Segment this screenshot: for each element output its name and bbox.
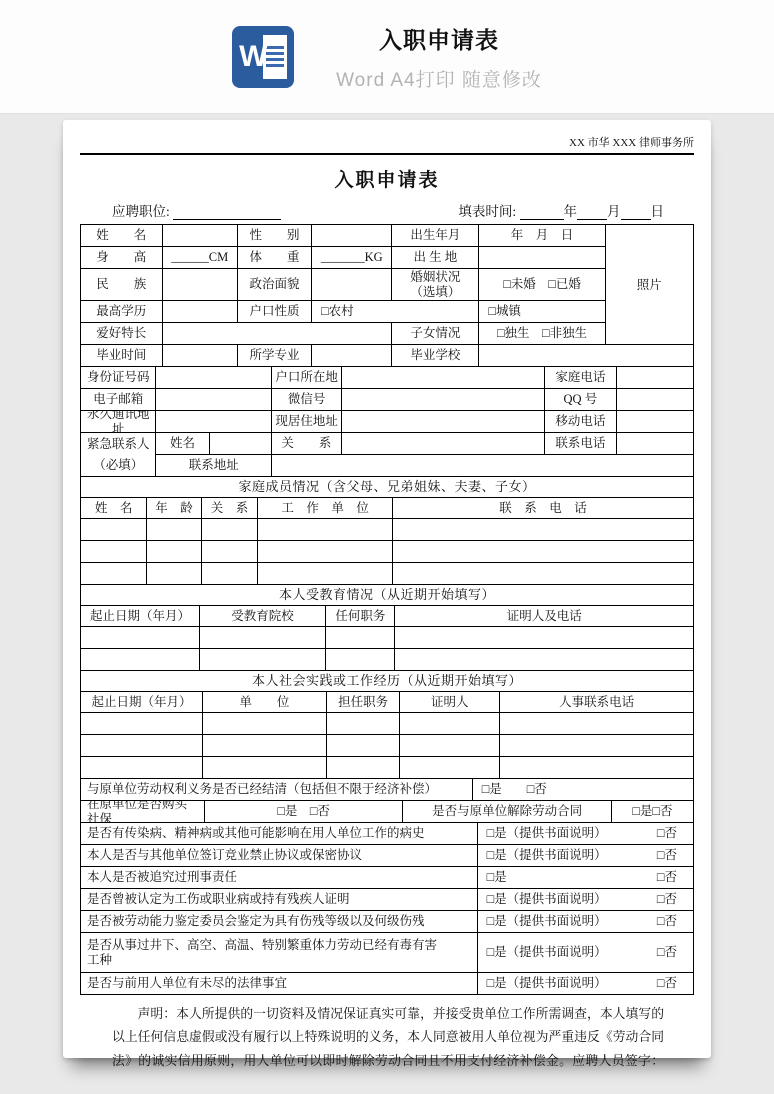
question-medical-history: 是否有传染病、精神病或其他可能影响在用人单位工作的病史 <box>81 823 478 845</box>
emergency-contact-label: 紧急联系人 <box>81 433 156 455</box>
question-work-injury: 是否曾被认定为工伤或职业病或持有残疾人证明 <box>81 889 478 911</box>
edu-row-cell[interactable] <box>326 649 395 671</box>
family-row-cell[interactable] <box>147 541 202 563</box>
position-field: 应聘职位: <box>112 200 281 220</box>
household-location-label: 户口所在地 <box>272 367 342 389</box>
edu-position-header: 任何职务 <box>326 606 395 627</box>
work-hr-phone-header: 人事联系电话 <box>500 692 694 713</box>
edu-row-cell[interactable] <box>200 649 326 671</box>
work-row-cell[interactable] <box>203 735 327 757</box>
date-year-label: 年 <box>564 204 578 219</box>
work-row-cell[interactable] <box>327 713 401 735</box>
family-row-cell[interactable] <box>147 563 202 585</box>
email-label: 电子邮箱 <box>81 389 156 411</box>
form-table: 姓 名性 别出生年月年 月 日身 高______CM体 重_______KG出 … <box>80 224 694 995</box>
work-row-cell[interactable] <box>81 757 203 779</box>
emergency-phone-label: 联系电话 <box>545 433 617 455</box>
family-age-header: 年 龄 <box>147 498 202 519</box>
position-input-line[interactable] <box>173 206 281 220</box>
education-section-header: 本人受教育情况（从近期开始填写） <box>81 585 694 606</box>
photo-area[interactable] <box>606 301 694 323</box>
email-value[interactable] <box>156 389 272 411</box>
birthdate-format: 年 月 日 <box>479 225 605 247</box>
weight-value[interactable]: _______KG <box>312 247 392 269</box>
question-settled-with-previous-employer: 与原单位劳动权利义务是否已经结清（包括但不限于经济补偿） <box>81 779 473 801</box>
answer-contract-terminated-options[interactable]: □是□否 <box>612 801 694 823</box>
question-hazardous-work: 是否从事过井下、高空、高温、特别繁重体力劳动已经有毒有害 工种 <box>81 933 478 973</box>
family-row-cell[interactable] <box>81 519 147 541</box>
work-dates-header: 起止日期（年月） <box>81 692 203 713</box>
name-label: 姓 名 <box>81 225 163 247</box>
height-value[interactable]: ______CM <box>163 247 238 269</box>
family-row-cell[interactable] <box>258 563 393 585</box>
work-row-cell[interactable] <box>400 713 500 735</box>
photo-area[interactable] <box>606 247 694 269</box>
edu-reference-header: 证明人及电话 <box>395 606 694 627</box>
hobbies-label: 爱好特长 <box>81 323 163 345</box>
school-label: 毕业学校 <box>392 345 479 367</box>
education-level-value[interactable] <box>163 301 238 323</box>
children-status-label: 子女情况 <box>392 323 479 345</box>
emergency-phone-value[interactable] <box>617 433 694 455</box>
edu-row-cell[interactable] <box>81 627 200 649</box>
question-pending-legal-matters: 是否与前用人单位有未尽的法律事宜 <box>81 973 478 995</box>
date-day-label: 日 <box>651 204 665 219</box>
answer-pending-legal-matters[interactable]: □是（提供书面说明）□否 <box>478 973 694 995</box>
family-section-header: 家庭成员情况（含父母、兄弟姐妹、夫妻、子女） <box>81 477 694 498</box>
hobbies-value[interactable] <box>163 323 393 345</box>
document-area: XX 市华 XXX 律师事务所 入职申请表 应聘职位: 填表时间: 年月日 姓 … <box>0 114 774 1058</box>
emergency-name-label: 姓名 <box>156 433 209 455</box>
answer-criminal-record[interactable]: □是□否 <box>478 867 694 889</box>
height-label: 身 高 <box>81 247 163 269</box>
household-type-label: 户口性质 <box>238 301 312 323</box>
date-day-line[interactable] <box>621 206 651 220</box>
question-non-compete: 本人是否与其他单位签订竞业禁止协议或保密协议 <box>81 845 478 867</box>
work-row-cell[interactable] <box>400 757 500 779</box>
work-row-cell[interactable] <box>203 713 327 735</box>
emergency-relation-value[interactable] <box>342 433 546 455</box>
question-criminal-record: 本人是否被追究过刑事责任 <box>81 867 478 889</box>
work-row-cell[interactable] <box>81 735 203 757</box>
question-disability-grade: 是否被劳动能力鉴定委员会鉴定为具有伤残等级以及何级伤残 <box>81 911 478 933</box>
work-row-cell[interactable] <box>327 757 401 779</box>
work-row-cell[interactable] <box>203 757 327 779</box>
major-label: 所学专业 <box>238 345 312 367</box>
word-icon-letter: W <box>239 40 267 74</box>
emergency-address-label: 联系地址 <box>156 455 272 477</box>
family-row-cell[interactable] <box>393 541 694 563</box>
meta-row: 应聘职位: 填表时间: 年月日 <box>78 200 696 224</box>
edu-row-cell[interactable] <box>200 627 326 649</box>
family-row-cell[interactable] <box>202 541 258 563</box>
edu-school-header: 受教育院校 <box>200 606 326 627</box>
emergency-address-value[interactable] <box>272 455 694 477</box>
work-row-cell[interactable] <box>400 735 500 757</box>
family-row-cell[interactable] <box>81 541 147 563</box>
document-sheet: XX 市华 XXX 律师事务所 入职申请表 应聘职位: 填表时间: 年月日 姓 … <box>63 120 711 1058</box>
date-month-label: 月 <box>607 204 621 219</box>
question-social-insurance: 在原单位是否购买社保 <box>81 801 205 823</box>
work-employer-header: 单 位 <box>203 692 327 713</box>
family-phone-header: 联 系 电 话 <box>393 498 694 519</box>
firm-name: XX 市华 XXX 律师事务所 <box>78 130 696 153</box>
household-urban-option[interactable]: □城镇 <box>479 301 605 323</box>
graduation-date-value[interactable] <box>163 345 238 367</box>
ethnicity-label: 民 族 <box>81 269 163 301</box>
family-row-cell[interactable] <box>393 519 694 541</box>
id-number-label: 身份证号码 <box>81 367 156 389</box>
children-status-options[interactable]: □独生 □非独生 <box>479 323 605 345</box>
family-row-cell[interactable] <box>202 563 258 585</box>
household-location-value[interactable] <box>342 367 545 389</box>
answer-medical-history[interactable]: □是（提供书面说明）□否 <box>478 823 694 845</box>
answer-social-insurance-options[interactable]: □是 □否 <box>205 801 404 823</box>
wechat-value[interactable] <box>342 389 545 411</box>
banner-subtitle: Word A4打印 随意修改 <box>336 65 542 92</box>
home-phone-value[interactable] <box>617 367 694 389</box>
work-row-cell[interactable] <box>500 757 694 779</box>
family-row-cell[interactable] <box>81 563 147 585</box>
answer-hazardous-work[interactable]: □是（提供书面说明）□否 <box>478 933 694 973</box>
qq-label: QQ 号 <box>545 389 617 411</box>
work-row-cell[interactable] <box>500 713 694 735</box>
edu-row-cell[interactable] <box>395 649 694 671</box>
banner-title: 入职申请表 <box>379 22 499 55</box>
position-label: 应聘职位: <box>112 204 170 219</box>
photo-area[interactable] <box>606 323 694 345</box>
answer-settled-options[interactable]: □是 □否 <box>473 779 694 801</box>
family-relation-header: 关 系 <box>202 498 258 519</box>
household-rural-option[interactable]: □农村 <box>312 301 479 323</box>
work-section-header: 本人社会实践或工作经历（从近期开始填写） <box>81 671 694 692</box>
home-phone-label: 家庭电话 <box>545 367 617 389</box>
family-row-cell[interactable] <box>258 519 393 541</box>
answer-non-compete[interactable]: □是（提供书面说明）□否 <box>478 845 694 867</box>
birthdate-label: 出生年月 <box>392 225 479 247</box>
graduation-date-label: 毕业时间 <box>81 345 163 367</box>
wechat-label: 微信号 <box>272 389 342 411</box>
answer-disability-grade[interactable]: □是（提供书面说明）□否 <box>478 911 694 933</box>
marital-status-label: 婚姻状况 （选填） <box>392 269 479 301</box>
word-icon: W <box>232 26 294 88</box>
form-title: 入职申请表 <box>78 165 696 192</box>
current-address-label: 现居住地址 <box>272 411 342 433</box>
permanent-address-value[interactable] <box>156 411 272 433</box>
banner: W 入职申请表 Word A4打印 随意修改 <box>0 0 774 114</box>
declaration-text: 声明：本人所提供的一切资料及情况保证真实可靠，并接受贵单位工作所需调查，本人填写… <box>112 1007 664 1068</box>
work-row-cell[interactable] <box>327 735 401 757</box>
political-status-label: 政治面貌 <box>238 269 312 301</box>
family-row-cell[interactable] <box>147 519 202 541</box>
emergency-relation-label: 关 系 <box>272 433 341 455</box>
mobile-phone-label: 移动电话 <box>545 411 617 433</box>
date-month-line[interactable] <box>577 206 607 220</box>
name-value[interactable] <box>163 225 238 247</box>
family-row-cell[interactable] <box>393 563 694 585</box>
photo-label: 照片 <box>606 269 694 301</box>
edu-dates-header: 起止日期（年月） <box>81 606 200 627</box>
gender-value[interactable] <box>312 225 392 247</box>
work-row-cell[interactable] <box>500 735 694 757</box>
edu-row-cell[interactable] <box>81 649 200 671</box>
work-row-cell[interactable] <box>81 713 203 735</box>
family-row-cell[interactable] <box>202 519 258 541</box>
edu-row-cell[interactable] <box>326 627 395 649</box>
qq-value[interactable] <box>617 389 694 411</box>
major-value[interactable] <box>312 345 392 367</box>
ethnicity-value[interactable] <box>163 269 238 301</box>
marital-status-options[interactable]: □未婚 □已婚 <box>479 269 605 301</box>
current-address-value[interactable] <box>342 411 545 433</box>
education-level-label: 最高学历 <box>81 301 163 323</box>
weight-label: 体 重 <box>238 247 312 269</box>
edu-row-cell[interactable] <box>395 627 694 649</box>
emergency-name-value[interactable] <box>210 433 273 455</box>
family-row-cell[interactable] <box>258 541 393 563</box>
date-label: 填表时间: <box>458 204 516 219</box>
family-name-header: 姓 名 <box>81 498 147 519</box>
school-value[interactable] <box>479 345 694 367</box>
emergency-required-label: （必填） <box>81 455 156 477</box>
political-status-value[interactable] <box>312 269 392 301</box>
header-rule <box>80 153 694 155</box>
permanent-address-label: 永久通讯地址 <box>81 411 156 433</box>
work-reference-header: 证明人 <box>400 692 500 713</box>
declaration: 声明：本人所提供的一切资料及情况保证真实可靠，并接受贵单位工作所需调查，本人填写… <box>112 1003 664 1094</box>
signature-line[interactable] <box>112 1082 250 1094</box>
birthplace-label: 出 生 地 <box>392 247 479 269</box>
work-position-header: 担任职务 <box>327 692 401 713</box>
answer-work-injury[interactable]: □是（提供书面说明）□否 <box>478 889 694 911</box>
mobile-phone-value[interactable] <box>617 411 694 433</box>
question-contract-terminated: 是否与原单位解除劳动合同 <box>403 801 611 823</box>
gender-label: 性 别 <box>238 225 312 247</box>
id-number-value[interactable] <box>156 367 272 389</box>
family-employer-header: 工 作 单 位 <box>258 498 393 519</box>
birthplace-value[interactable] <box>479 247 605 269</box>
date-year-line[interactable] <box>520 206 564 220</box>
date-field: 填表时间: 年月日 <box>458 200 664 220</box>
photo-area[interactable] <box>606 225 694 247</box>
